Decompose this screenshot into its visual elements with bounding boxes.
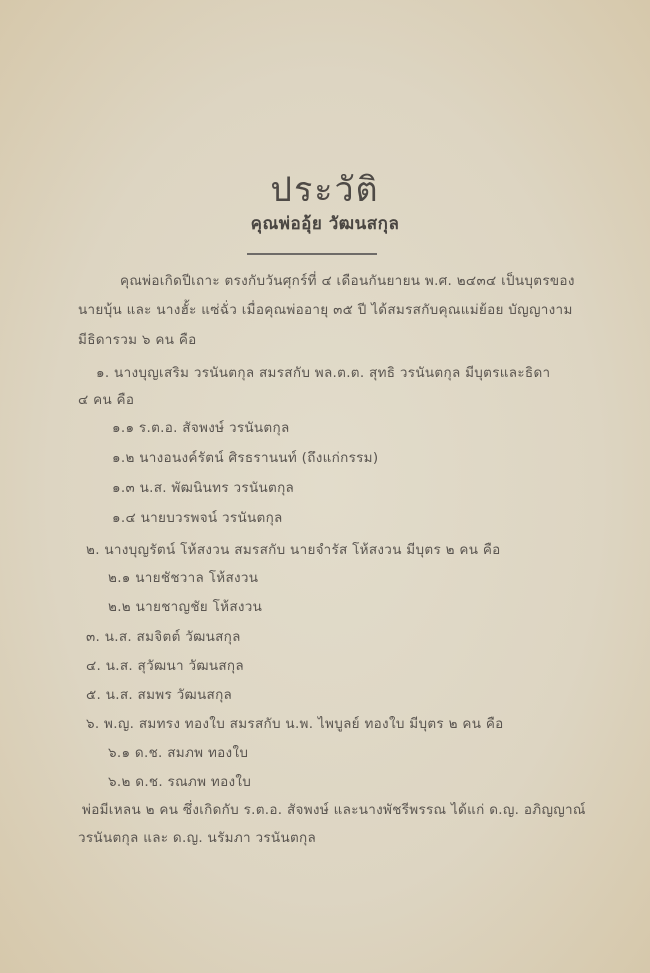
child-1-continuation: ๔ คน คือ	[78, 388, 134, 410]
closing-line-2: วรนันตกุล และ ด.ญ. นรัมภา วรนันตกุล	[78, 826, 316, 848]
grandchild-6-1: ๖.๑ ด.ช. สมภพ ทองใบ	[108, 741, 248, 763]
document-page: ประวัติ คุณพ่ออุ้ย วัฒนสกุล คุณพ่อเกิดปี…	[0, 0, 650, 973]
child-6: ๖. พ.ญ. สมทรง ทองใบ สมรสกับ น.พ. ไพบูลย์…	[86, 712, 504, 734]
grandchild-6-2: ๖.๒ ด.ช. รณภพ ทองใบ	[108, 770, 251, 792]
page-subtitle: คุณพ่ออุ้ย วัฒนสกุล	[0, 210, 650, 237]
grandchild-1-4: ๑.๔ นายบวรพจน์ วรนันตกุล	[112, 506, 283, 528]
grandchild-1-2: ๑.๒ นางอนงค์รัตน์ ศิรธรานนท์ (ถึงแก่กรรม…	[112, 446, 378, 468]
grandchild-2-1: ๒.๑ นายชัชวาล โห้สงวน	[108, 566, 258, 588]
grandchild-2-2: ๒.๒ นายชาญชัย โห้สงวน	[108, 595, 262, 617]
intro-line-2: นายบุ้น และ นางฮั้ะ แซ่ฉั่ว เมื่อคุณพ่ออ…	[78, 298, 573, 320]
grandchild-1-1: ๑.๑ ร.ต.อ. สัจพงษ์ วรนันตกุล	[112, 416, 290, 438]
closing-line-1: พ่อมีเหลน ๒ คน ซึ่งเกิดกับ ร.ต.อ. สัจพงษ…	[82, 798, 586, 820]
child-5: ๕. น.ส. สมพร วัฒนสกุล	[86, 683, 232, 705]
intro-line-1: คุณพ่อเกิดปีเถาะ ตรงกับวันศุกร์ที่ ๔ เดื…	[120, 269, 575, 291]
grandchild-1-3: ๑.๓ น.ส. พัฒนินทร วรนันตกุล	[112, 476, 294, 498]
child-2: ๒. นางบุญรัตน์ โห้สงวน สมรสกับ นายจำรัส …	[86, 538, 501, 560]
title-divider	[247, 253, 377, 255]
page-title: ประวัติ	[0, 162, 650, 216]
child-3: ๓. น.ส. สมจิตต์ วัฒนสกุล	[86, 625, 241, 647]
child-1: ๑. นางบุญเสริม วรนันตกุล สมรสกับ พล.ต.ต.…	[96, 361, 550, 383]
child-4: ๔. น.ส. สุวัฒนา วัฒนสกุล	[86, 654, 244, 676]
intro-line-3: มีธิดารวม ๖ คน คือ	[78, 328, 197, 350]
